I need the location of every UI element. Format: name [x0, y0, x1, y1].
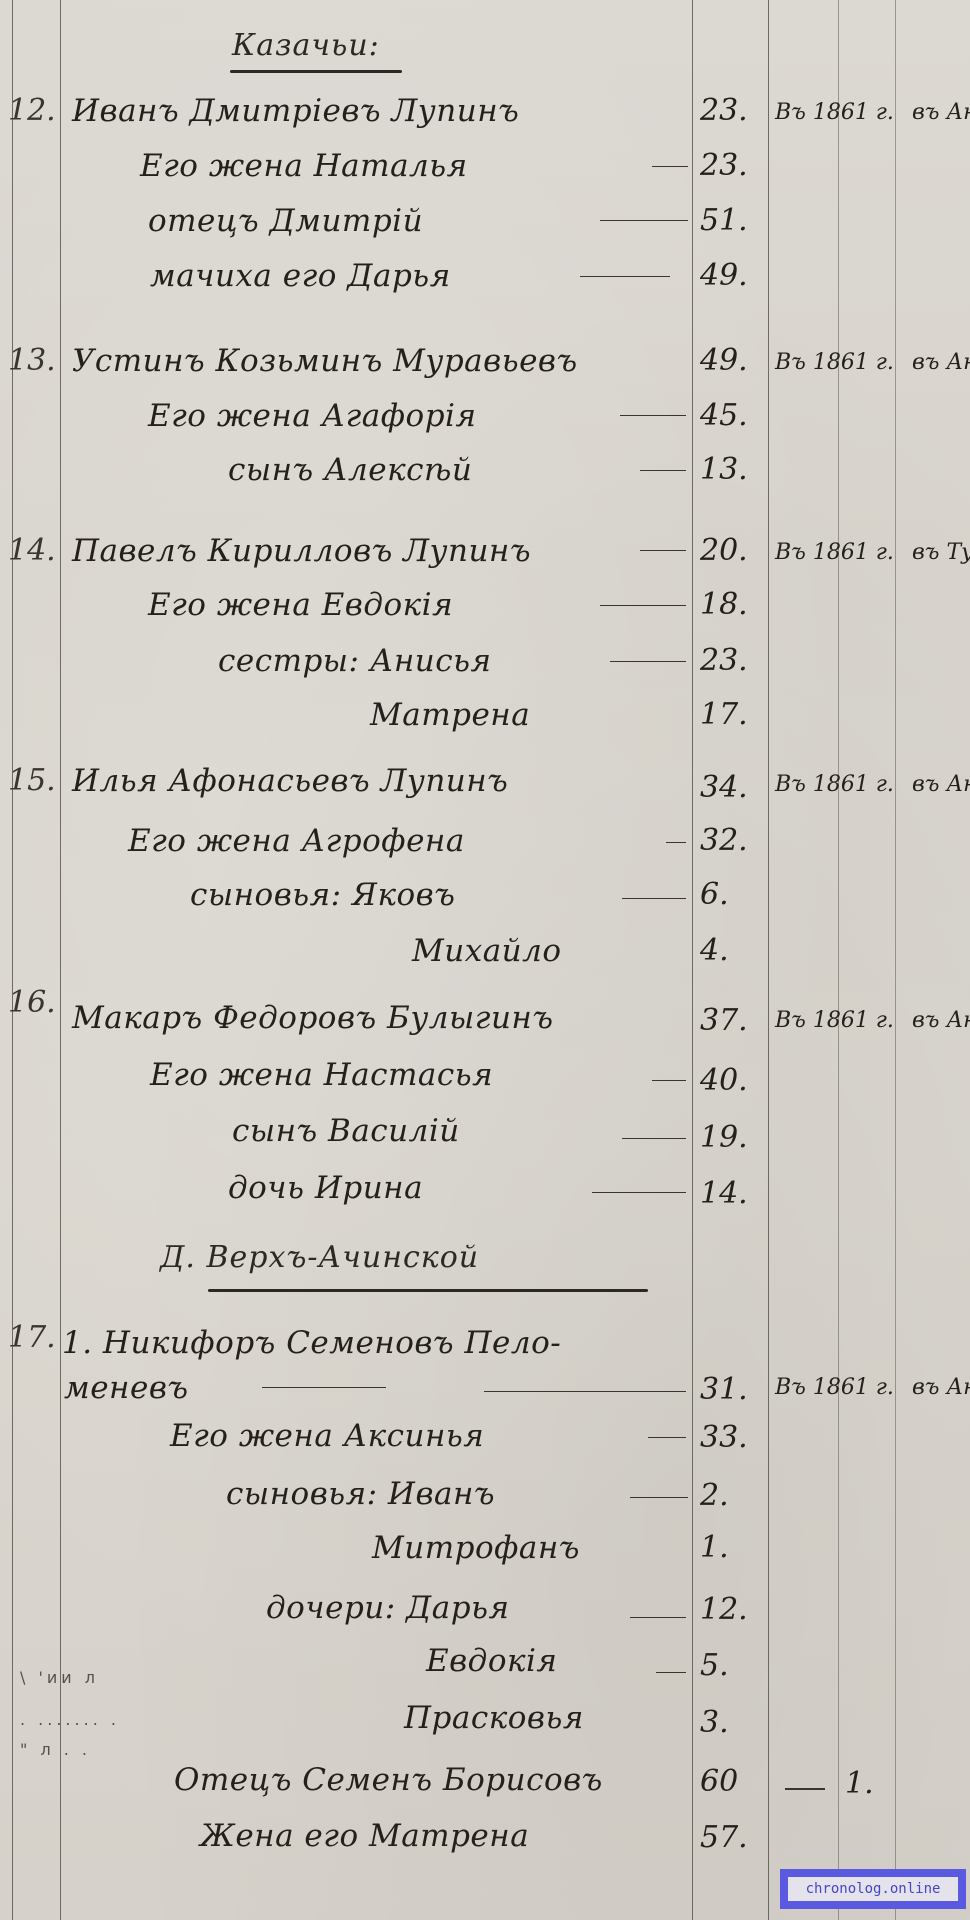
- member-age: 17.: [700, 697, 764, 732]
- member-name: сыновья: Иванъ: [226, 1476, 495, 1512]
- section-title-underline: [230, 70, 402, 73]
- note-column-rule: [838, 0, 839, 1920]
- member-name: меневъ: [64, 1370, 189, 1406]
- member-name: 1. Никифоръ Семеновъ Пело-: [62, 1325, 561, 1361]
- age-column-left-rule: [692, 0, 693, 1920]
- member-age: 23.: [700, 93, 764, 128]
- household-number: 14.: [8, 533, 56, 568]
- member-name: Илья Афонасьевъ Лупинъ: [72, 763, 508, 799]
- member-age: 49.: [700, 343, 764, 378]
- member-name: сыновья: Яковъ: [190, 877, 455, 913]
- household-note-year: Въ 1861 г.: [775, 100, 894, 125]
- leader-dash: [580, 276, 670, 277]
- household-number: 16.: [8, 985, 56, 1020]
- member-age: 57.: [700, 1820, 764, 1855]
- leader-dash: [620, 415, 686, 416]
- leader-dash: [656, 1672, 686, 1673]
- member-name: Михайло: [412, 933, 562, 969]
- leader-dash: [666, 842, 686, 843]
- margin-mark: " л . .: [20, 1740, 91, 1759]
- member-name: Митрофанъ: [372, 1530, 580, 1566]
- member-age: 19.: [700, 1120, 764, 1155]
- household-note-year: Въ 1861 г.: [775, 772, 894, 797]
- household-note-year: Въ 1861 г.: [775, 540, 894, 565]
- member-name: дочери: Дарья: [266, 1590, 509, 1626]
- section-title-underline: [208, 1289, 648, 1292]
- member-name: Иванъ Дмитріевъ Лупинъ: [72, 93, 519, 129]
- register-page: Казачьи: 12. Иванъ Дмитріевъ Лупинъ 23. …: [0, 0, 970, 1920]
- member-name: Его жена Агафорія: [148, 398, 477, 434]
- household-note-destination: въ Ан...: [912, 100, 970, 125]
- leader-dash: [640, 470, 686, 471]
- leader-dash: [262, 1387, 386, 1388]
- leader-dash: [652, 166, 688, 167]
- member-name: Его жена Настасья: [150, 1057, 493, 1093]
- member-name: Его жена Наталья: [140, 148, 468, 184]
- member-name: сынъ Василій: [232, 1113, 460, 1149]
- member-name: отецъ Дмитрій: [148, 203, 423, 239]
- member-name: Его жена Агрофена: [128, 823, 465, 859]
- member-age: 23.: [700, 643, 764, 678]
- member-name: Павелъ Кирилловъ Лупинъ: [72, 533, 531, 569]
- leader-dash: [648, 1437, 686, 1438]
- extra-column-dash: [785, 1788, 825, 1790]
- leader-dash: [592, 1192, 686, 1193]
- member-name: Устинъ Козьминъ Муравьевъ: [72, 343, 578, 379]
- member-name: мачиха его Дарья: [150, 258, 451, 294]
- member-age: 60: [700, 1764, 764, 1799]
- extra-column-value: 1.: [845, 1766, 874, 1801]
- member-name: Отецъ Семенъ Борисовъ: [174, 1762, 603, 1798]
- leader-dash: [600, 220, 688, 221]
- member-age: 2.: [700, 1478, 764, 1513]
- age-column-right-rule: [768, 0, 769, 1920]
- household-note-destination: въ Ан.: [912, 1008, 970, 1033]
- member-age: 18.: [700, 587, 764, 622]
- household-number: 17.: [8, 1320, 56, 1355]
- member-age: 13.: [700, 452, 764, 487]
- member-age: 49.: [700, 258, 764, 293]
- member-name: Его жена Аксинья: [170, 1418, 484, 1454]
- note2-column-rule: [895, 0, 896, 1920]
- leader-dash: [622, 1138, 686, 1139]
- member-name: Его жена Евдокія: [148, 587, 453, 623]
- member-age: 12.: [700, 1592, 764, 1627]
- member-age: 1.: [700, 1530, 764, 1565]
- leader-dash: [640, 550, 686, 551]
- member-age: 3.: [700, 1705, 764, 1740]
- member-name: Евдокія: [426, 1643, 557, 1679]
- household-number: 15.: [8, 763, 56, 798]
- member-age: 4.: [700, 933, 764, 968]
- household-note-destination: въ Ан.: [912, 1375, 970, 1400]
- household-note-destination: въ Ту...: [912, 540, 970, 565]
- leader-dash: [610, 661, 686, 662]
- member-age: 40.: [700, 1063, 764, 1098]
- household-number: 12.: [8, 93, 56, 128]
- leader-dash: [622, 898, 686, 899]
- member-name: Матрена: [370, 697, 530, 733]
- leader-dash: [600, 605, 686, 606]
- leader-dash: [484, 1391, 686, 1392]
- member-age: 51.: [700, 203, 764, 238]
- member-age: 23.: [700, 148, 764, 183]
- member-age: 34.: [700, 770, 764, 805]
- member-age: 6.: [700, 877, 764, 912]
- leader-dash: [630, 1497, 688, 1498]
- margin-mark: \ 'ии л: [20, 1668, 99, 1687]
- member-name: сынъ Алексѣй: [228, 452, 472, 488]
- household-note-destination: въ Ан...: [912, 350, 970, 375]
- member-age: 14.: [700, 1176, 764, 1211]
- leader-dash: [630, 1617, 686, 1618]
- household-note-year: Въ 1861 г.: [775, 1375, 894, 1400]
- household-note-destination: въ Ан...: [912, 772, 970, 797]
- member-name: Жена его Матрена: [200, 1818, 529, 1854]
- member-age: 20.: [700, 533, 764, 568]
- member-age: 37.: [700, 1003, 764, 1038]
- margin-mark: . ....... .: [20, 1710, 120, 1729]
- number-column-rule: [60, 0, 61, 1920]
- member-age: 5.: [700, 1648, 764, 1683]
- member-age: 33.: [700, 1420, 764, 1455]
- household-number: 13.: [8, 343, 56, 378]
- section-title-kazachi: Казачьи:: [232, 28, 380, 63]
- member-age: 31.: [700, 1372, 764, 1407]
- left-edge-rule: [12, 0, 13, 1920]
- member-name: дочь Ирина: [228, 1170, 423, 1206]
- member-name: Макаръ Федоровъ Булыгинъ: [72, 1000, 554, 1036]
- household-note-year: Въ 1861 г.: [775, 1008, 894, 1033]
- watermark-badge: chronolog.online: [780, 1869, 966, 1909]
- member-age: 32.: [700, 823, 764, 858]
- member-name: сестры: Анисья: [218, 643, 491, 679]
- watermark-text: chronolog.online: [788, 1877, 958, 1901]
- section-title-verkh-achinskoy: Д. Верхъ-Ачинской: [160, 1240, 479, 1275]
- member-name: Прасковья: [404, 1700, 584, 1736]
- household-note-year: Въ 1861 г.: [775, 350, 894, 375]
- member-age: 45.: [700, 398, 764, 433]
- leader-dash: [652, 1080, 686, 1081]
